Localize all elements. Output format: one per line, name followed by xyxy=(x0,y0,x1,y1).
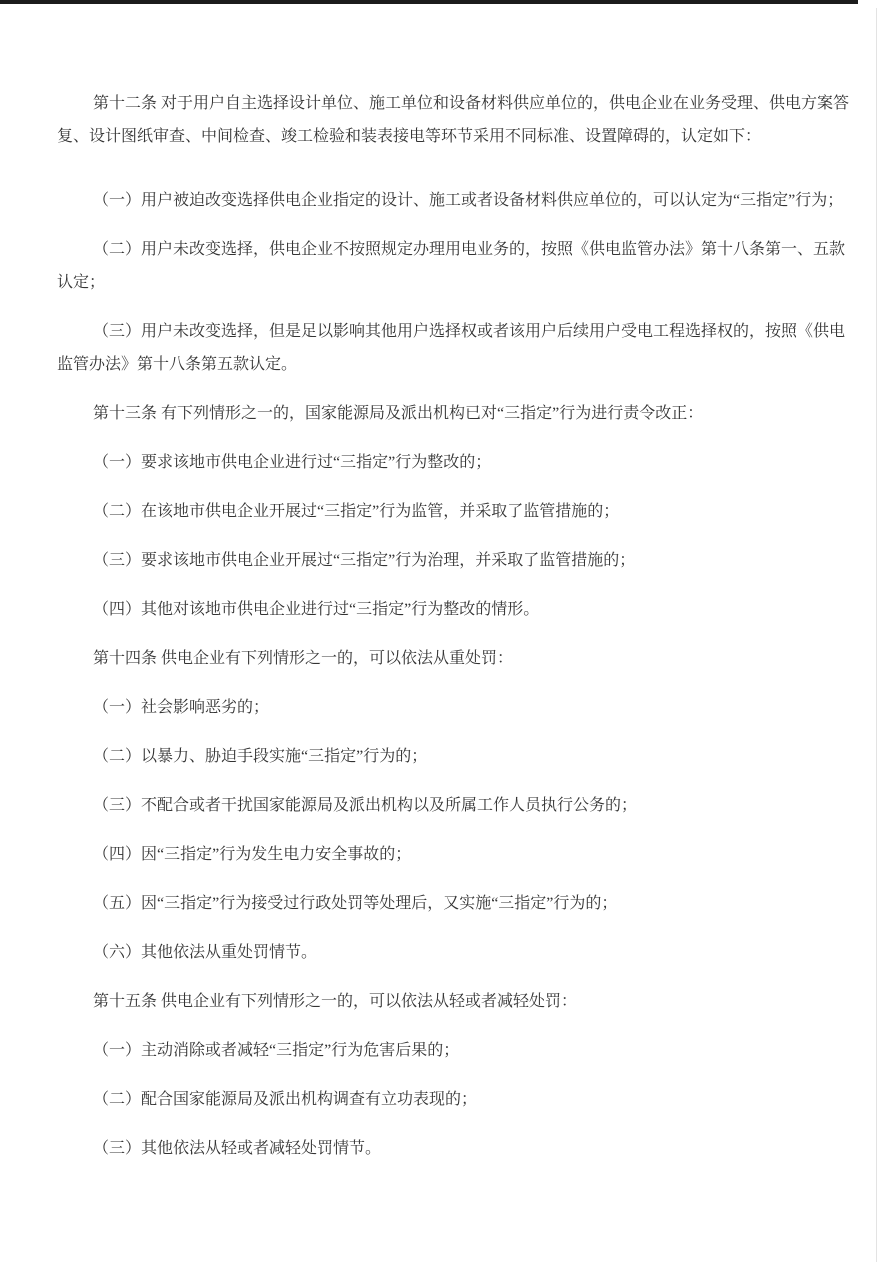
text-line: 监管办法》第十八条第五款认定。 xyxy=(57,348,857,381)
text-line: 第十五条 供电企业有下列情形之一的，可以依法从轻或者减轻处罚： xyxy=(57,985,857,1018)
text-line: 认定； xyxy=(57,266,857,299)
paragraph-item: （一）要求该地市供电企业进行过“三指定”行为整改的； xyxy=(57,446,857,479)
paragraph-item: （一）用户被迫改变选择供电企业指定的设计、施工或者设备材料供应单位的，可以认定为… xyxy=(57,184,857,217)
text-line: 第十四条 供电企业有下列情形之一的，可以依法从重处罚： xyxy=(57,642,857,675)
text-line: （三）其他依法从轻或者减轻处罚情节。 xyxy=(57,1132,857,1165)
text-line: 第十二条 对于用户自主选择设计单位、施工单位和设备材料供应单位的，供电企业在业务… xyxy=(57,87,857,120)
text-line: （三）要求该地市供电企业开展过“三指定”行为治理，并采取了监管措施的； xyxy=(57,544,857,577)
paragraph-article-13: 第十三条 有下列情形之一的，国家能源局及派出机构已对“三指定”行为进行责令改正： xyxy=(57,397,857,430)
text-line: （一）社会影响恶劣的； xyxy=(57,691,857,724)
paragraph-item: （六）其他依法从重处罚情节。 xyxy=(57,936,857,969)
text-line: （一）主动消除或者减轻“三指定”行为危害后果的； xyxy=(57,1034,857,1067)
text-line: （三）不配合或者干扰国家能源局及派出机构以及所属工作人员执行公务的； xyxy=(57,789,857,822)
text-line: （四）其他对该地市供电企业进行过“三指定”行为整改的情形。 xyxy=(57,593,857,626)
text-line: （四）因“三指定”行为发生电力安全事故的； xyxy=(57,838,857,871)
paragraph-item: （三）其他依法从轻或者减轻处罚情节。 xyxy=(57,1132,857,1165)
text-line: （二）在该地市供电企业开展过“三指定”行为监管，并采取了监管措施的； xyxy=(57,495,857,528)
page-edge-divider xyxy=(876,8,877,1262)
paragraph-item: （一）主动消除或者减轻“三指定”行为危害后果的； xyxy=(57,1034,857,1067)
text-line: （二）配合国家能源局及派出机构调查有立功表现的； xyxy=(57,1083,857,1116)
paragraph-item: （四）其他对该地市供电企业进行过“三指定”行为整改的情形。 xyxy=(57,593,857,626)
paragraph-article-12: 第十二条 对于用户自主选择设计单位、施工单位和设备材料供应单位的，供电企业在业务… xyxy=(57,87,857,153)
paragraph-article-15: 第十五条 供电企业有下列情形之一的，可以依法从轻或者减轻处罚： xyxy=(57,985,857,1018)
paragraph-item: （三）用户未改变选择，但是足以影响其他用户选择权或者该用户后续用户受电工程选择权… xyxy=(57,315,857,381)
text-line: （一）要求该地市供电企业进行过“三指定”行为整改的； xyxy=(57,446,857,479)
paragraph-item: （三）要求该地市供电企业开展过“三指定”行为治理，并采取了监管措施的； xyxy=(57,544,857,577)
paragraph-item: （五）因“三指定”行为接受过行政处罚等处理后，又实施“三指定”行为的； xyxy=(57,887,857,920)
paragraph-item: （四）因“三指定”行为发生电力安全事故的； xyxy=(57,838,857,871)
paragraph-item: （一）社会影响恶劣的； xyxy=(57,691,857,724)
text-line: （二）以暴力、胁迫手段实施“三指定”行为的； xyxy=(57,740,857,773)
text-line: （三）用户未改变选择，但是足以影响其他用户选择权或者该用户后续用户受电工程选择权… xyxy=(57,315,857,348)
window-top-bar xyxy=(0,0,858,4)
text-line: （二）用户未改变选择，供电企业不按照规定办理用电业务的，按照《供电监管办法》第十… xyxy=(57,233,857,266)
paragraph-item: （三）不配合或者干扰国家能源局及派出机构以及所属工作人员执行公务的； xyxy=(57,789,857,822)
text-line: 复、设计图纸审查、中间检查、竣工检验和装表接电等环节采用不同标准、设置障碍的，认… xyxy=(57,120,857,153)
text-line: 第十三条 有下列情形之一的，国家能源局及派出机构已对“三指定”行为进行责令改正： xyxy=(57,397,857,430)
paragraph-item: （二）在该地市供电企业开展过“三指定”行为监管，并采取了监管措施的； xyxy=(57,495,857,528)
text-line: （一）用户被迫改变选择供电企业指定的设计、施工或者设备材料供应单位的，可以认定为… xyxy=(57,184,857,217)
paragraph-item: （二）配合国家能源局及派出机构调查有立功表现的； xyxy=(57,1083,857,1116)
document-page: 第十二条 对于用户自主选择设计单位、施工单位和设备材料供应单位的，供电企业在业务… xyxy=(57,81,857,1181)
paragraph-article-14: 第十四条 供电企业有下列情形之一的，可以依法从重处罚： xyxy=(57,642,857,675)
paragraph-item: （二）用户未改变选择，供电企业不按照规定办理用电业务的，按照《供电监管办法》第十… xyxy=(57,233,857,299)
text-line: （六）其他依法从重处罚情节。 xyxy=(57,936,857,969)
paragraph-item: （二）以暴力、胁迫手段实施“三指定”行为的； xyxy=(57,740,857,773)
text-line: （五）因“三指定”行为接受过行政处罚等处理后，又实施“三指定”行为的； xyxy=(57,887,857,920)
